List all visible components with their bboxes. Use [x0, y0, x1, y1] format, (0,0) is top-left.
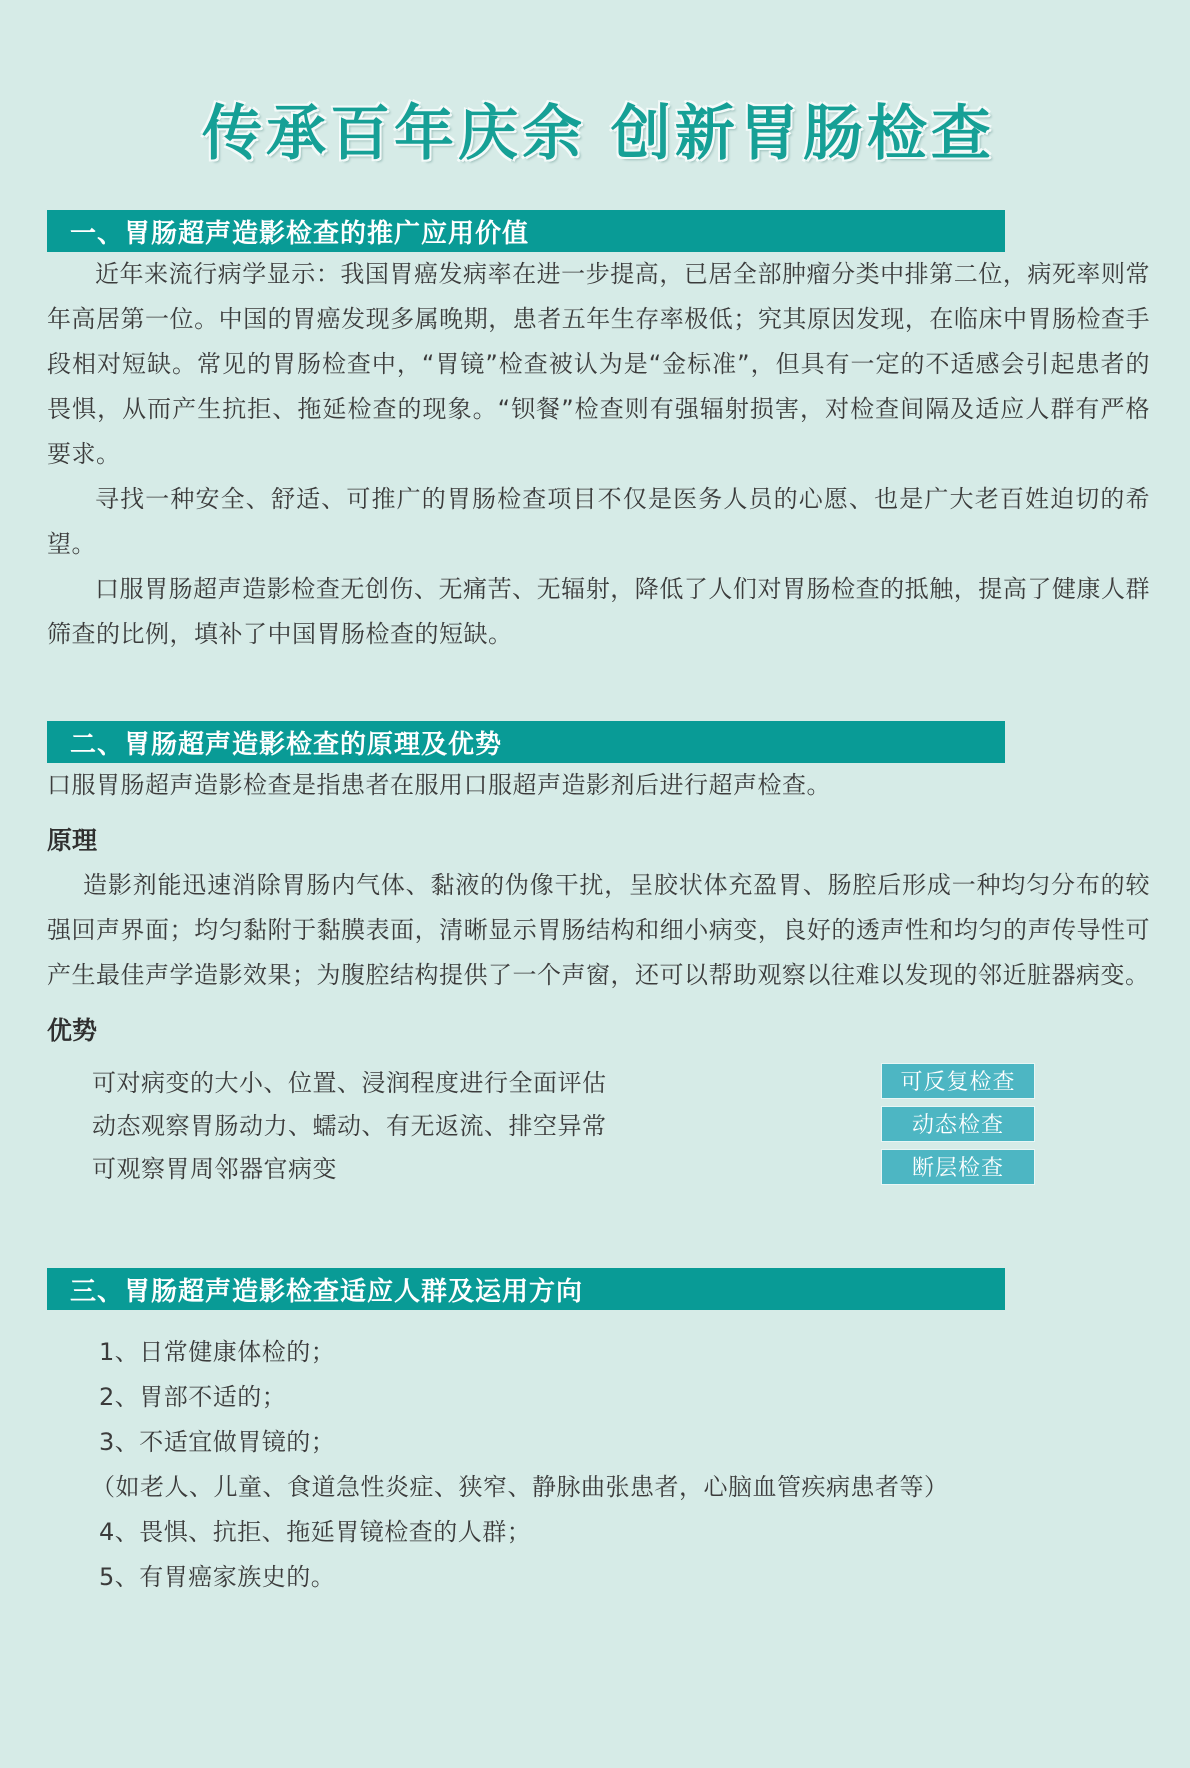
- section1-heading: 一、胃肠超声造影检查的推广应用价值: [70, 213, 529, 250]
- section1-paragraph-3: 口服胃肠超声造影检查无创伤、无痛苦、无辐射，降低了人们对胃肠检查的抵触，提高了健…: [47, 567, 1150, 657]
- repeatable-exam-badge: 可反复检查: [881, 1063, 1035, 1099]
- advantage-row: 可观察胃周邻器官病变 断层检查: [47, 1145, 1150, 1188]
- section1-paragraph-1: 近年来流行病学显示：我国胃癌发病率在进一步提高，已居全部肿瘤分类中排第二位，病死…: [47, 252, 1150, 477]
- section1-paragraph-2: 寻找一种安全、舒适、可推广的胃肠检查项目不仅是医务人员的心愿、也是广大老百姓迫切…: [47, 477, 1150, 567]
- list-item: 5、有胃癌家族史的。: [47, 1555, 1150, 1600]
- section3-heading: 三、胃肠超声造影检查适应人群及运用方向: [70, 1271, 583, 1308]
- section3-heading-bar: 三、胃肠超声造影检查适应人群及运用方向: [47, 1268, 1005, 1310]
- list-item: 2、胃部不适的；: [47, 1375, 1150, 1420]
- section2-heading-bar: 二、胃肠超声造影检查的原理及优势: [47, 721, 1005, 763]
- advantage-text: 可观察胃周邻器官病变: [92, 1149, 337, 1184]
- principle-subhead: 原理: [47, 818, 1150, 863]
- section-target-audience: 三、胃肠超声造影检查适应人群及运用方向 1、日常健康体检的； 2、胃部不适的； …: [47, 1268, 1150, 1600]
- advantage-row: 动态观察胃肠动力、蠕动、有无返流、排空异常 动态检查: [47, 1102, 1150, 1145]
- section2-intro: 口服胃肠超声造影检查是指患者在服用口服超声造影剂后进行超声检查。: [47, 763, 1150, 808]
- section-promotion-value: 一、胃肠超声造影检查的推广应用价值 近年来流行病学显示：我国胃癌发病率在进一步提…: [47, 210, 1150, 657]
- advantage-text: 动态观察胃肠动力、蠕动、有无返流、排空异常: [92, 1106, 607, 1141]
- tomographic-exam-badge: 断层检查: [881, 1149, 1035, 1185]
- section2-heading: 二、胃肠超声造影检查的原理及优势: [70, 724, 502, 761]
- list-item: 4、畏惧、抗拒、拖延胃镜检查的人群；: [47, 1510, 1150, 1555]
- section-principle-advantages: 二、胃肠超声造影检查的原理及优势 口服胃肠超声造影检查是指患者在服用口服超声造影…: [47, 721, 1150, 1188]
- list-item: 1、日常健康体检的；: [47, 1330, 1150, 1375]
- page-title: 传承百年庆余 创新胃肠检查: [47, 0, 1150, 170]
- section1-heading-bar: 一、胃肠超声造影检查的推广应用价值: [47, 210, 1005, 252]
- advantage-row: 可对病变的大小、位置、浸润程度进行全面评估 可反复检查: [47, 1059, 1150, 1102]
- principle-paragraph: 造影剂能迅速消除胃肠内气体、黏液的伪像干扰，呈胶状体充盈胃、肠腔后形成一种均匀分…: [47, 863, 1150, 998]
- list-item: 3、不适宜做胃镜的；: [47, 1420, 1150, 1465]
- list-item-note: （如老人、儿童、食道急性炎症、狭窄、静脉曲张患者，心脑血管疾病患者等）: [47, 1465, 1150, 1510]
- advantage-text: 可对病变的大小、位置、浸润程度进行全面评估: [92, 1063, 607, 1098]
- dynamic-exam-badge: 动态检查: [881, 1106, 1035, 1142]
- advantage-subhead: 优势: [47, 1008, 1150, 1053]
- audience-list: 1、日常健康体检的； 2、胃部不适的； 3、不适宜做胃镜的； （如老人、儿童、食…: [47, 1330, 1150, 1600]
- flyer-page: 传承百年庆余 创新胃肠检查 一、胃肠超声造影检查的推广应用价值 近年来流行病学显…: [0, 0, 1190, 1768]
- advantage-list: 可对病变的大小、位置、浸润程度进行全面评估 可反复检查 动态观察胃肠动力、蠕动、…: [47, 1059, 1150, 1188]
